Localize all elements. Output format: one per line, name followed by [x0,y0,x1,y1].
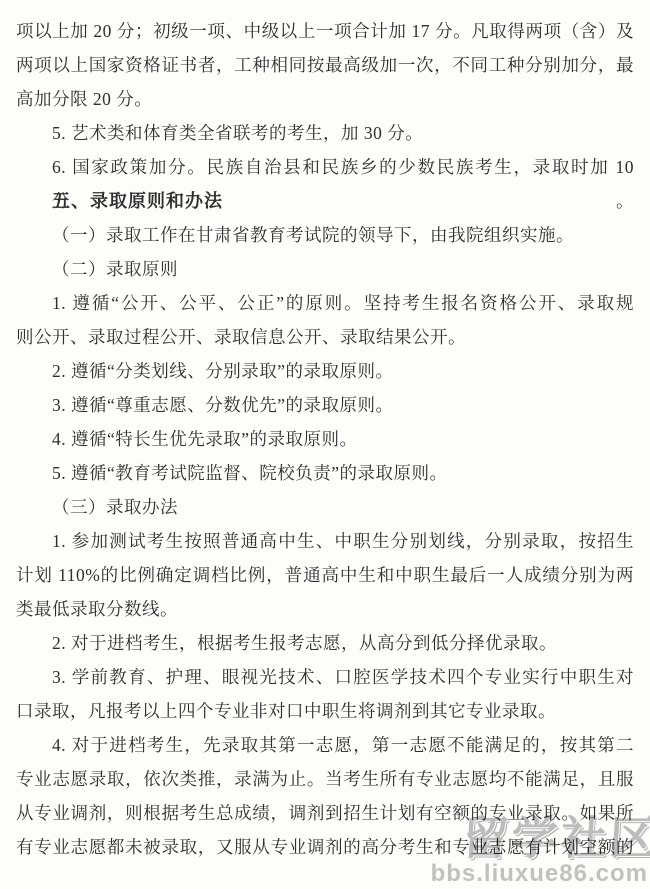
text-line: 有专业志愿都未被录取，又服从专业调剂的高分考生和专业志愿有计划空额的 [16,830,634,864]
text-line: 两项以上国家资格证书者，工种相同按最高级加一次，不同工种分别加分，最 [16,48,634,82]
text-line: 类最低录取分数线。 [16,592,634,626]
text-line: 口录取，凡报考以上四个专业非对口中职生将调剂到其它专业录取。 [16,694,634,728]
text-line: 6. 国家政策加分。民族自治县和民族乡的少数民族考生，录取时加 10 分。 [16,150,634,184]
text-line: 高加分限 20 分。 [16,82,634,116]
text-line: 3. 学前教育、护理、眼视光技术、口腔医学技术四个专业实行中职生对 [16,660,634,694]
text-line: （二）录取原则 [16,252,634,286]
text-line: 1. 参加测试考生按照普通高中生、中职生分别划线，分别录取，按招生 [16,524,634,558]
text-line: 专业志愿录取，依次类推，录满为止。当考生所有专业志愿均不能满足，且服 [16,762,634,796]
document-page: 项以上加 20 分；初级一项、中级以上一项合计加 17 分。凡取得两项（含）及两… [0,0,650,889]
text-line: 3. 遵循“尊重志愿、分数优先”的录取原则。 [16,388,634,422]
text-line: 从专业调剂，则根据考生总成绩，调剂到招生计划有空额的专业录取。如果所 [16,796,634,830]
watermark-url: bbs.liuxue86.com [431,861,648,887]
text-line: 2. 对于进档考生，根据考生报考志愿，从高分到低分择优录取。 [16,626,634,660]
text-line: （三）录取办法 [16,490,634,524]
document-body: 项以上加 20 分；初级一项、中级以上一项合计加 17 分。凡取得两项（含）及两… [16,14,634,864]
text-line: 4. 对于进档考生，先录取其第一志愿，第一志愿不能满足的，按其第二 [16,728,634,762]
text-line: 项以上加 20 分；初级一项、中级以上一项合计加 17 分。凡取得两项（含）及 [16,14,634,48]
text-line: 则公开、录取过程公开、录取信息公开、录取结果公开。 [16,320,634,354]
text-line: 计划 110%的比例确定调档比例，普通高中生和中职生最后一人成绩分别为两 [16,558,634,592]
text-line: 2. 遵循“分类划线、分别录取”的录取原则。 [16,354,634,388]
text-line: 5. 艺术类和体育类全省联考的考生，加 30 分。 [16,116,634,150]
text-line: 1. 遵循“公开、公平、公正”的原则。坚持考生报名资格公开、录取规 [16,286,634,320]
text-line: （一）录取工作在甘肃省教育考试院的领导下，由我院组织实施。 [16,218,634,252]
text-line: 5. 遵循“教育考试院监督、院校负责”的录取原则。 [16,456,634,490]
text-line: 4. 遵循“特长生优先录取”的录取原则。 [16,422,634,456]
